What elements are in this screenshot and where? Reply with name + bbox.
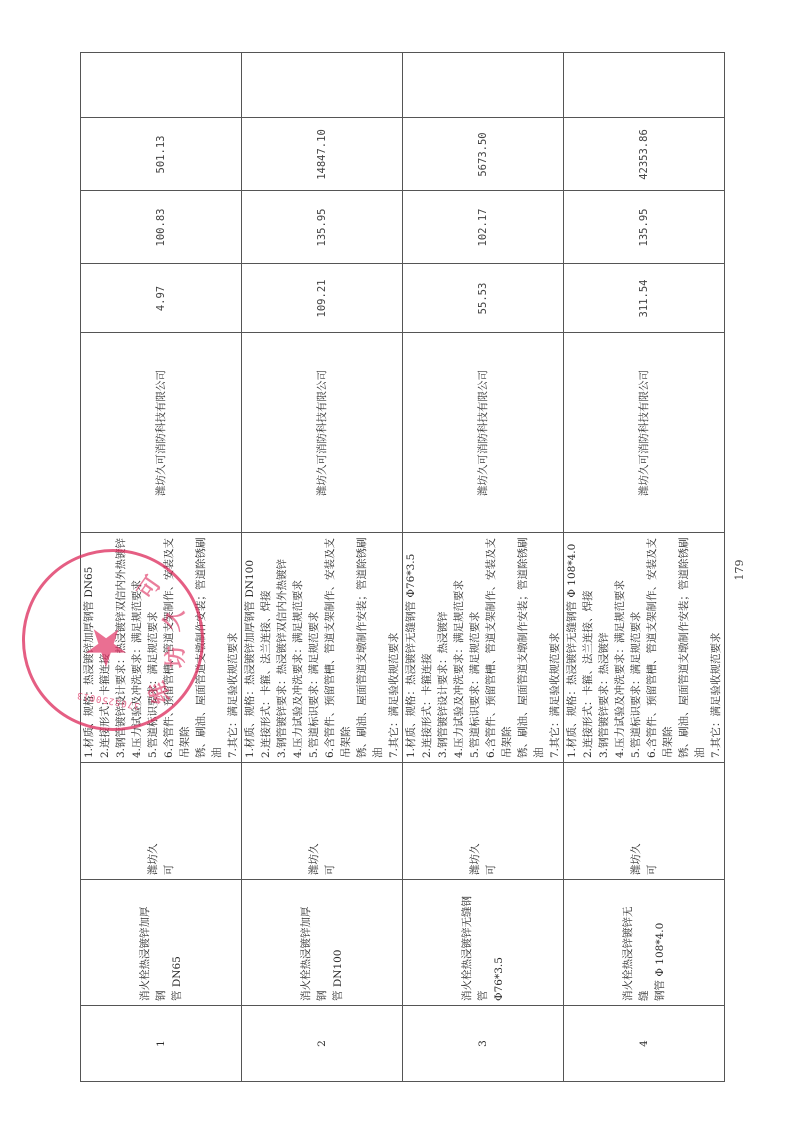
item-description: 1.材质、规格：热浸镀锌无缝钢管 Φ76*3.52.连接形式：卡箍连接3.钢管镀… — [403, 533, 564, 763]
description-line: 2.连接形式：卡箍、法兰连接、焊接 — [258, 538, 274, 759]
description-line: 2.连接形式：卡箍连接 — [97, 538, 113, 759]
description-line: 3.钢管镀锌要求：热浸镀锌双信内外热镀锌 — [274, 538, 290, 759]
description-line: 5.管道标识要求：满足规范要求 — [467, 538, 483, 759]
text-line: 可 — [644, 767, 660, 875]
item-name: 消火栓热浸镀锌无缝钢管Φ76*3.5 — [403, 880, 564, 1006]
description-line: 锈、刷油、屋面管道支墩制作安装；管道除锈刷 — [193, 538, 209, 759]
description-line: 1.材质、规格：热浸镀锌加厚钢管 DN65 — [81, 538, 97, 759]
description-line: 5.管道标识要求：满足规范要求 — [628, 538, 644, 759]
item-description: 1.材质、规格：热浸镀锌无缝钢管 Φ 108*4.02.连接形式：卡箍、法兰连接… — [564, 533, 725, 763]
manufacturer: 潍坊久可消防科技有限公司 — [564, 333, 725, 533]
item-name: 消火栓热浸镀锌加厚钢管 DN100 — [242, 880, 403, 1006]
text-line: Φ76*3.5 — [491, 884, 507, 1001]
text-line: 钢 — [153, 884, 169, 1001]
unit-price: 135.95 — [242, 191, 403, 264]
row-number: 2 — [242, 1006, 403, 1082]
table-row: 3 消火栓热浸镀锌无缝钢管Φ76*3.5 潍坊久可 1.材质、规格：热浸镀锌无缝… — [403, 53, 564, 1082]
description-line: 吊架除 — [660, 538, 676, 759]
text-line: 管 — [475, 884, 491, 1001]
text-line: 管 DN65 — [169, 884, 185, 1001]
text-line: 潍坊久 — [145, 767, 161, 875]
text-line: 可 — [322, 767, 338, 875]
description-line: 油 — [692, 538, 708, 759]
description-line: 2.连接形式：卡箍、法兰连接、焊接 — [580, 538, 596, 759]
description-line: 1.材质、规格：热浸镀锌无缝钢管 Φ 108*4.0 — [564, 538, 580, 759]
bill-of-quantities-table: 1 消火栓热浸镀锌加厚钢管 DN65 潍坊久可 1.材质、规格：热浸镀锌加厚钢管… — [80, 53, 725, 1083]
brand: 潍坊久可 — [564, 763, 725, 880]
description-line: 7.其它：满足验收规范要求 — [386, 538, 402, 759]
item-description: 1.材质、规格：热浸镀锌加厚钢管 DN652.连接形式：卡箍连接3.钢管镀锌设计… — [81, 533, 242, 763]
description-line: 7.其它：满足验收规范要求 — [547, 538, 563, 759]
description-line: 3.钢管镀锌要求：热浸镀锌 — [596, 538, 612, 759]
table-row: 2 消火栓热浸镀锌加厚钢管 DN100 潍坊久可 1.材质、规格：热浸镀锌加厚钢… — [242, 53, 403, 1082]
description-line: 5.管道标识要求：满足规范要求 — [306, 538, 322, 759]
page-number: 179 — [733, 555, 753, 585]
description-line: 吊架除 — [177, 538, 193, 759]
description-line: 1.材质、规格：热浸镀锌无缝钢管 Φ76*3.5 — [403, 538, 419, 759]
description-line: 6.含管件、预留管槽、管道支架制作、安装及支 — [161, 538, 177, 759]
unit-price: 102.17 — [403, 191, 564, 264]
item-name: 消火栓热浸锌镀锌无缝钢管 Φ 108*4.0 — [564, 880, 725, 1006]
description-line: 锈、刷油、屋面管道支墩制作安装；管道除锈刷 — [676, 538, 692, 759]
brand: 潍坊久可 — [403, 763, 564, 880]
description-line: 吊架除 — [338, 538, 354, 759]
description-line: 3.钢管镀锌设计要求：热浸镀锌双信内外热镀锌 — [113, 538, 129, 759]
quantity: 109.21 — [242, 264, 403, 333]
total-price: 14847.10 — [242, 118, 403, 191]
description-line: 7.其它：满足验收规范要求 — [708, 538, 724, 759]
rotated-page: 1 消火栓热浸镀锌加厚钢管 DN65 潍坊久可 1.材质、规格：热浸镀锌加厚钢管… — [0, 0, 794, 1123]
total-price: 501.13 — [81, 118, 242, 191]
description-line: 6.含管件、预留管槽、管道支架制作、安装及支 — [322, 538, 338, 759]
description-line: 油 — [370, 538, 386, 759]
manufacturer: 潍坊久可消防科技有限公司 — [403, 333, 564, 533]
description-line: 油 — [531, 538, 547, 759]
quantity: 4.97 — [81, 264, 242, 333]
manufacturer: 潍坊久可消防科技有限公司 — [242, 333, 403, 533]
total-price: 5673.50 — [403, 118, 564, 191]
text-line: 潍坊久 — [306, 767, 322, 875]
description-line: 2.连接形式：卡箍连接 — [419, 538, 435, 759]
item-description: 1.材质、规格：热浸镀锌加厚钢管 DN1002.连接形式：卡箍、法兰连接、焊接3… — [242, 533, 403, 763]
description-line: 6.含管件、预留管槽、管道支架制作、安装及支 — [644, 538, 660, 759]
text-line: 管 DN100 — [330, 884, 346, 1001]
text-line: 钢管 Φ 108*4.0 — [652, 884, 668, 1001]
text-line: 钢 — [314, 884, 330, 1001]
description-line: 吊架除 — [499, 538, 515, 759]
description-line: 4.压力试验及冲洗要求：满足规范要求 — [612, 538, 628, 759]
text-line: 可 — [483, 767, 499, 875]
text-line: 可 — [161, 767, 177, 875]
description-line: 4.压力试验及冲洗要求：满足规范要求 — [290, 538, 306, 759]
quantity: 311.54 — [564, 264, 725, 333]
remark — [81, 53, 242, 118]
description-line: 锈、刷油、屋面管道支墩制作安装；管道除锈刷 — [354, 538, 370, 759]
item-name: 消火栓热浸镀锌加厚钢管 DN65 — [81, 880, 242, 1006]
table-row: 4 消火栓热浸锌镀锌无缝钢管 Φ 108*4.0 潍坊久可 1.材质、规格：热浸… — [564, 53, 725, 1082]
unit-price: 100.83 — [81, 191, 242, 264]
description-line: 4.压力试验及冲洗要求：满足规范要求 — [451, 538, 467, 759]
row-number: 3 — [403, 1006, 564, 1082]
remark — [403, 53, 564, 118]
description-line: 6.含管件、预留管槽、管道支架制作、安装及支 — [483, 538, 499, 759]
text-line: 消火栓热浸镀锌无缝钢 — [459, 884, 475, 1001]
description-line: 3.钢管镀锌设计要求：热浸镀锌 — [435, 538, 451, 759]
total-price: 42353.86 — [564, 118, 725, 191]
remark — [564, 53, 725, 118]
text-line: 消火栓热浸镀锌加厚 — [298, 884, 314, 1001]
remark — [242, 53, 403, 118]
row-number: 4 — [564, 1006, 725, 1082]
description-line: 1.材质、规格：热浸镀锌加厚钢管 DN100 — [242, 538, 258, 759]
unit-price: 135.95 — [564, 191, 725, 264]
description-line: 7.其它：满足验收规范要求 — [225, 538, 241, 759]
manufacturer: 潍坊久可消防科技有限公司 — [81, 333, 242, 533]
brand: 潍坊久可 — [242, 763, 403, 880]
description-line: 油 — [209, 538, 225, 759]
text-line: 消火栓热浸镀锌加厚 — [137, 884, 153, 1001]
text-line: 潍坊久 — [628, 767, 644, 875]
brand: 潍坊久可 — [81, 763, 242, 880]
text-line: 消火栓热浸锌镀锌无 — [620, 884, 636, 1001]
row-number: 1 — [81, 1006, 242, 1082]
table-row: 1 消火栓热浸镀锌加厚钢管 DN65 潍坊久可 1.材质、规格：热浸镀锌加厚钢管… — [81, 53, 242, 1082]
description-line: 5.管道标识要求：满足规范要求 — [145, 538, 161, 759]
text-line: 缝 — [636, 884, 652, 1001]
quantity: 55.53 — [403, 264, 564, 333]
text-line: 潍坊久 — [467, 767, 483, 875]
description-line: 4.压力试验及冲洗要求：满足规范要求 — [129, 538, 145, 759]
description-line: 锈、刷油、屋面管道支墩制作安装；管道除锈刷 — [515, 538, 531, 759]
